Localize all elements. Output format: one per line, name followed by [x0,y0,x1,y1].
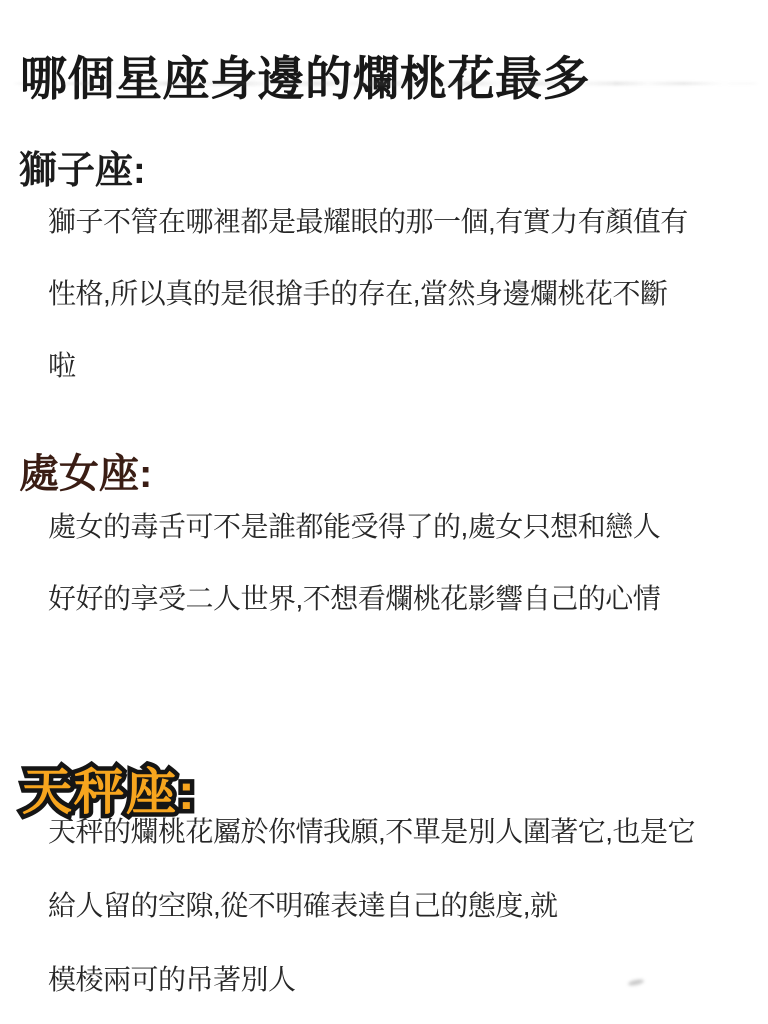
paragraph-line: 模棱兩可的吊著別人 [48,943,695,1017]
paragraph-line: 給人留的空隙,從不明確表達自己的態度,就 [48,869,695,943]
page-title: 哪個星座身邊的爛桃花最多 [20,53,590,105]
paragraph-line: 好好的享受二人世界,不想看爛桃花影響自己的心情 [48,563,660,635]
paragraph-line: 啦 [48,330,688,402]
section-heading-leo: 獅子座: [19,152,146,190]
paragraph-line: 性格,所以真的是很搶手的存在,當然身邊爛桃花不斷 [48,258,688,330]
paragraph-line: 獅子不管在哪裡都是最耀眼的那一個,有實力有顏值有 [48,186,688,258]
scan-smudge-under-title [14,81,758,86]
section-paragraph-virgo: 處女的毒舌可不是誰都能受得了的,處女只想和戀人 好好的享受二人世界,不想看爛桃花… [48,491,660,635]
section-heading-virgo: 處女座: [19,454,152,494]
section-paragraph-leo: 獅子不管在哪裡都是最耀眼的那一個,有實力有顏值有 性格,所以真的是很搶手的存在,… [48,186,688,402]
document-page: 哪個星座身邊的爛桃花最多 獅子座: 獅子不管在哪裡都是最耀眼的那一個,有實力有顏… [0,0,768,1024]
section-paragraph-libra: 天秤的爛桃花屬於你情我願,不單是別人圍著它,也是它 給人留的空隙,從不明確表達自… [48,795,695,1017]
paragraph-line: 天秤的爛桃花屬於你情我願,不單是別人圍著它,也是它 [48,795,695,869]
paragraph-line: 處女的毒舌可不是誰都能受得了的,處女只想和戀人 [48,491,660,563]
